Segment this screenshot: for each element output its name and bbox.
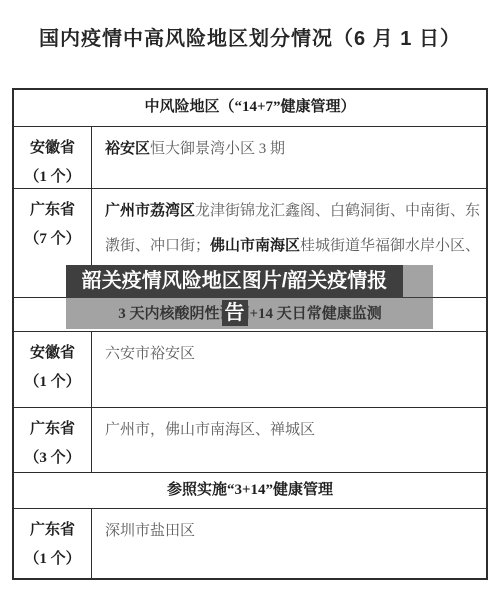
- province-count: （7 个）: [14, 225, 91, 254]
- area-text-segment: 恒大御景湾小区 3 期: [150, 141, 285, 157]
- table-row-guangdong-monitoring: 广东省 （3 个） 广州市，佛山市南海区、禅城区: [14, 407, 486, 472]
- document-canvas: 国内疫情中高风险地区划分情况（6 月 1 日） 中风险地区（“14+7”健康管理…: [0, 0, 500, 593]
- page-title: 国内疫情中高风险地区划分情况（6 月 1 日）: [0, 22, 500, 51]
- section-header-3-14-management: 参照实施“3+14”健康管理: [14, 472, 486, 508]
- province-cell: 安徽省 （1 个）: [14, 332, 92, 407]
- area-text-segment: 广州市荔湾区: [105, 203, 195, 219]
- area-text-segment: 深圳市盐田区: [105, 523, 195, 539]
- area-text-segment: 裕安区: [105, 141, 150, 157]
- province-name: 广东省: [14, 415, 91, 444]
- province-count: （3 个）: [14, 444, 91, 472]
- watermark-text-line2: 告: [222, 300, 248, 326]
- area-cell: 广州市，佛山市南海区、禅城区: [92, 408, 486, 472]
- province-count: （1 个）: [14, 163, 91, 188]
- province-count: （1 个）: [14, 368, 91, 397]
- area-text-segment: 六安市裕安区: [105, 346, 195, 362]
- province-count: （1 个）: [14, 545, 91, 574]
- area-cell: 裕安区恒大御景湾小区 3 期: [92, 127, 486, 188]
- risk-area-table: 中风险地区（“14+7”健康管理） 安徽省 （1 个） 裕安区恒大御景湾小区 3…: [12, 88, 488, 580]
- watermark-overlay: 韶关疫情风险地区图片/韶关疫情报 告: [66, 265, 433, 329]
- area-cell: 六安市裕安区: [92, 332, 486, 407]
- province-name: 广东省: [14, 516, 91, 545]
- province-cell: 安徽省 （1 个）: [14, 127, 92, 188]
- section-header-medium-risk: 中风险地区（“14+7”健康管理）: [14, 90, 486, 126]
- table-row-anhui-medium: 安徽省 （1 个） 裕安区恒大御景湾小区 3 期: [14, 126, 486, 188]
- province-cell: 广东省 （3 个）: [14, 408, 92, 472]
- table-row-anhui-monitoring: 安徽省 （1 个） 六安市裕安区: [14, 331, 486, 407]
- watermark-line2-row: 告: [66, 298, 403, 329]
- area-cell: 深圳市盐田区: [92, 509, 486, 578]
- province-name: 安徽省: [14, 134, 91, 163]
- watermark-text-line1: 韶关疫情风险地区图片/韶关疫情报: [66, 265, 403, 298]
- area-text-segment: 桂城街道华福御水岸小区、: [300, 238, 480, 254]
- province-name: 安徽省: [14, 339, 91, 368]
- province-name: 广东省: [14, 196, 91, 225]
- province-cell: 广东省 （1 个）: [14, 509, 92, 578]
- area-text-segment: 广州市，佛山市南海区、禅城区: [105, 422, 315, 438]
- table-row-guangdong-3-14: 广东省 （1 个） 深圳市盐田区: [14, 508, 486, 578]
- area-text-segment: 佛山市南海区: [210, 238, 300, 254]
